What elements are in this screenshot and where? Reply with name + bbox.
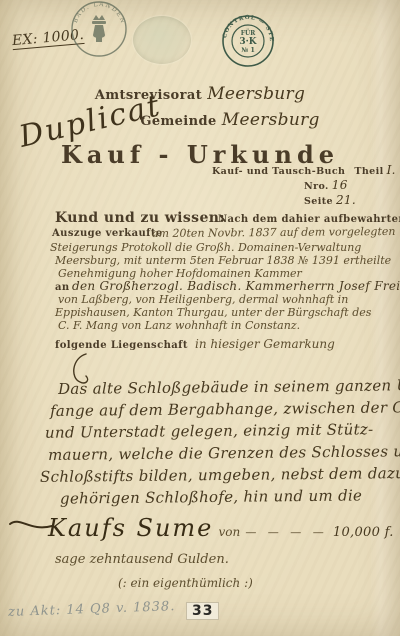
description-line: fange auf dem Bergabhange, zwischen der … <box>50 398 400 420</box>
document-page: EX: 1000. BAD. LANDEN ARCHIV CONTROL — <box>0 0 400 636</box>
register-label: Kauf- und Tausch-Buch <box>212 166 345 177</box>
register-page-value: 21. <box>336 193 356 207</box>
description-line: gehörigen Schloßhofe, hin und um die <box>60 486 362 507</box>
opening-left: Kund und zu wissen: <box>55 210 225 226</box>
control-stamp: CONTROL — STEMPEL FÜR 3·K № 1 <box>220 13 276 73</box>
municipality-label: Gemeinde <box>140 114 216 129</box>
sum-value: 10,000 f. <box>333 525 394 540</box>
municipality-value: Meersburg <box>222 110 320 130</box>
sum-line: Kaufs Sume von — — — — 10,000 f. <box>48 514 394 542</box>
page-number-patch: 33 <box>186 600 219 619</box>
description-line: Das alte Schloßgebäude in seinem ganzen … <box>58 376 400 398</box>
archive-stamp-graphic: BAD. LANDEN ARCHIV <box>68 0 130 60</box>
description-line: mauern, welche die Grenzen des Schlosses… <box>48 442 400 464</box>
municipality-line: Gemeinde Meersburg <box>30 110 400 130</box>
buyer-line: C. F. Mang von Lanz wohnhaft in Constanz… <box>58 319 300 332</box>
page-number: 33 <box>186 602 219 620</box>
register-page-label: Seite <box>304 196 333 207</box>
buyer-line: Eppishausen, Kanton Thurgau, unter der B… <box>55 306 371 319</box>
buyer-line: von Laßberg, von Heiligenberg, dermal wo… <box>58 293 348 306</box>
register-part-label: Theil <box>354 166 383 177</box>
description-line: und Unterstadt gelegen, einzig mit Stütz… <box>45 420 374 441</box>
register-no-value: 16 <box>332 178 348 192</box>
handwritten-line: Meersburg, mit unterm 5ten Februar 1838 … <box>55 254 391 267</box>
closing-note: (: ein eigenthümlich :) <box>118 576 253 590</box>
register-block: Kauf- und Tausch-Buch Theil I. Nro. 16 S… <box>212 163 396 207</box>
archive-file-note: zu Akt: 14 Q8 v. 1838. <box>8 599 176 620</box>
office-value: Meersburg <box>207 84 305 104</box>
control-stamp-number: № 1 <box>241 46 255 54</box>
sum-von: von <box>218 525 240 539</box>
office-line: Amtsrevisorat Meersburg <box>0 84 400 104</box>
archive-stamp: BAD. LANDEN ARCHIV <box>68 0 130 64</box>
sum-words: sage zehntausend Gulden. <box>55 552 229 567</box>
sum-label: Kaufs Sume <box>48 514 213 542</box>
auszuge-value: am 20ten Novbr. 1837 auf dem vorgelegten <box>152 225 396 240</box>
description-line: Schloßstifts bilden, umgeben, nebst dem … <box>40 464 400 486</box>
control-stamp-fuer: FÜR <box>241 30 256 37</box>
register-no-label: Nro. <box>304 181 329 192</box>
control-stamp-graphic: CONTROL — STEMPEL FÜR 3·K № 1 <box>220 13 276 69</box>
an-label: an <box>55 282 70 293</box>
opening-right: Nach dem dahier aufbewahrten <box>218 214 400 225</box>
crown-icon <box>92 15 106 42</box>
register-part-value: I. <box>387 163 396 177</box>
auszuge-label: Auszuge verkaufte <box>52 228 163 239</box>
embossed-seal-icon <box>133 16 191 64</box>
svg-text:BAD. LANDEN ARCHIV: BAD. LANDEN ARCHIV <box>68 0 127 28</box>
property-label: folgende Liegenschaft <box>55 340 188 351</box>
buyer-line: den Großherzogl. Badisch. Kammerherrn Jo… <box>72 279 400 293</box>
handwritten-line: Steigerungs Protokoll die Großh. Domaine… <box>50 241 361 254</box>
archive-stamp-rim-text: BAD. LANDEN ARCHIV <box>68 0 127 28</box>
sum-dashes: — — — — <box>245 526 328 539</box>
property-value: in hiesiger Gemarkung <box>195 337 335 351</box>
